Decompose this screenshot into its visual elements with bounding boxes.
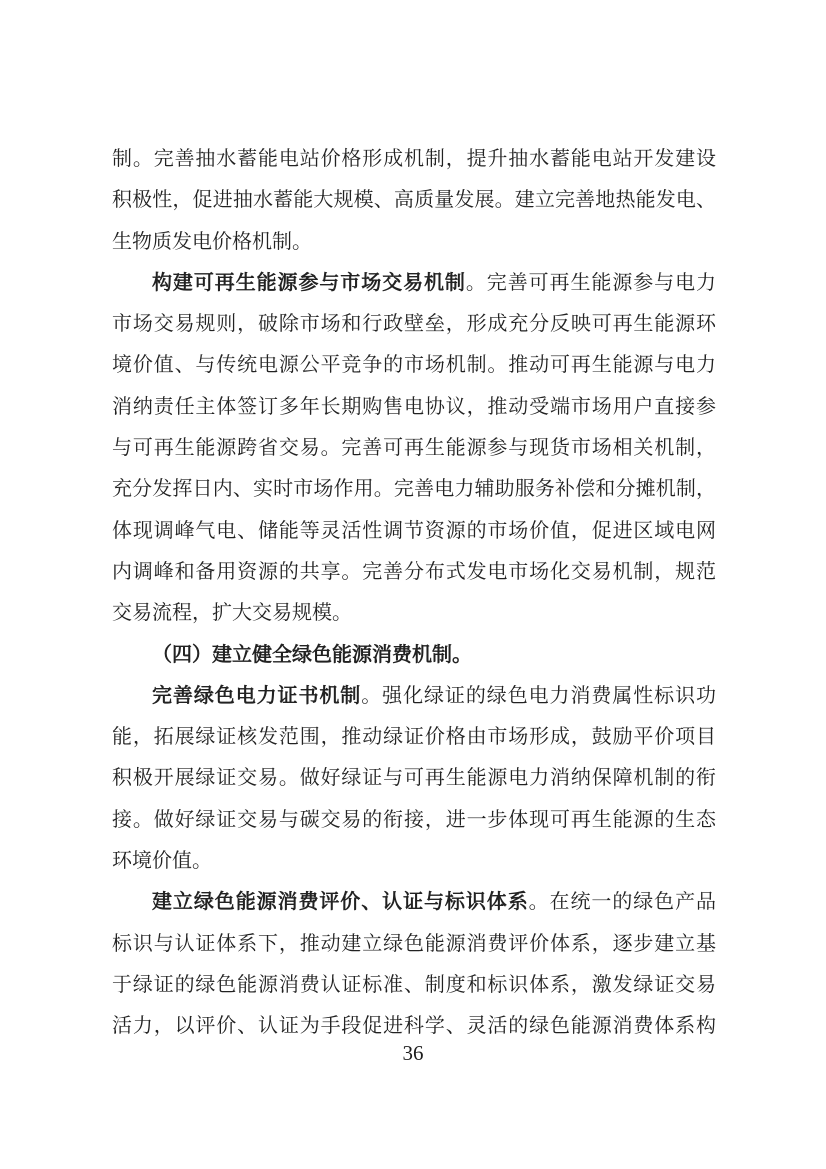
text-line: 标识与认证体系下，推动建立绿色能源消费评价体系，逐步建立基 [112,924,716,965]
text-line: 建立绿色能源消费评价、认证与标识体系。在统一的绿色产品 [112,882,716,923]
text-line: 制。完善抽水蓄能电站价格形成机制，提升抽水蓄能电站开发建设 [112,139,716,180]
text-line: （四）建立健全绿色能源消费机制。 [112,635,716,676]
text-line: 与可再生能源跨省交易。完善可再生能源参与现货市场相关机制， [112,428,716,469]
para-green-certificate-mechanism: 完善绿色电力证书机制。强化绿证的绿色电力消费属性标识功能，拓展绿证核发范围，推动… [112,676,716,882]
text-line: 接。做好绿证交易与碳交易的衔接，进一步体现可再生能源的生态 [112,800,716,841]
para-pumped-storage-pricing: 制。完善抽水蓄能电站价格形成机制，提升抽水蓄能电站开发建设积极性，促进抽水蓄能大… [112,139,716,263]
bold-run: 构建可再生能源参与市场交易机制 [152,272,466,294]
text-line: 构建可再生能源参与市场交易机制。完善可再生能源参与电力 [112,263,716,304]
text-line: 完善绿色电力证书机制。强化绿证的绿色电力消费属性标识功 [112,676,716,717]
page-number: 36 [0,1039,826,1067]
text-line: 境价值、与传统电源公平竞争的市场机制。推动可再生能源与电力 [112,345,716,386]
text-line: 交易流程，扩大交易规模。 [112,593,716,634]
text-line: 能，拓展绿证核发范围，推动绿证价格由市场形成，鼓励平价项目 [112,717,716,758]
text-line: 生物质发电价格机制。 [112,222,716,263]
text-line: 环境价值。 [112,841,716,882]
bold-run: （四）建立健全绿色能源消费机制。 [152,644,472,666]
para-green-consumption-evaluation-system: 建立绿色能源消费评价、认证与标识体系。在统一的绿色产品标识与认证体系下，推动建立… [112,882,716,1047]
text-line: 充分发挥日内、实时市场作用。完善电力辅助服务补偿和分摊机制， [112,469,716,510]
bold-run: 完善绿色电力证书机制 [152,685,361,707]
page-text-block: 制。完善抽水蓄能电站价格形成机制，提升抽水蓄能电站开发建设积极性，促进抽水蓄能大… [112,139,716,1048]
text-line: 体现调峰气电、储能等灵活性调节资源的市场价值，促进区域电网 [112,511,716,552]
heading-section-4-green-energy-consumption: （四）建立健全绿色能源消费机制。 [112,635,716,676]
text-line: 积极性，促进抽水蓄能大规模、高质量发展。建立完善地热能发电、 [112,180,716,221]
text-line: 于绿证的绿色能源消费认证标准、制度和标识体系，激发绿证交易 [112,965,716,1006]
para-market-trading-mechanism: 构建可再生能源参与市场交易机制。完善可再生能源参与电力市场交易规则，破除市场和行… [112,263,716,635]
bold-run: 建立绿色能源消费评价、认证与标识体系 [152,891,529,913]
text-line: 内调峰和备用资源的共享。完善分布式发电市场化交易机制，规范 [112,552,716,593]
text-line: 市场交易规则，破除市场和行政壁垒，形成充分反映可再生能源环 [112,304,716,345]
text-line: 积极开展绿证交易。做好绿证与可再生能源电力消纳保障机制的衔 [112,758,716,799]
document-page: 制。完善抽水蓄能电站价格形成机制，提升抽水蓄能电站开发建设积极性，促进抽水蓄能大… [0,0,826,1169]
text-line: 消纳责任主体签订多年长期购售电协议，推动受端市场用户直接参 [112,387,716,428]
